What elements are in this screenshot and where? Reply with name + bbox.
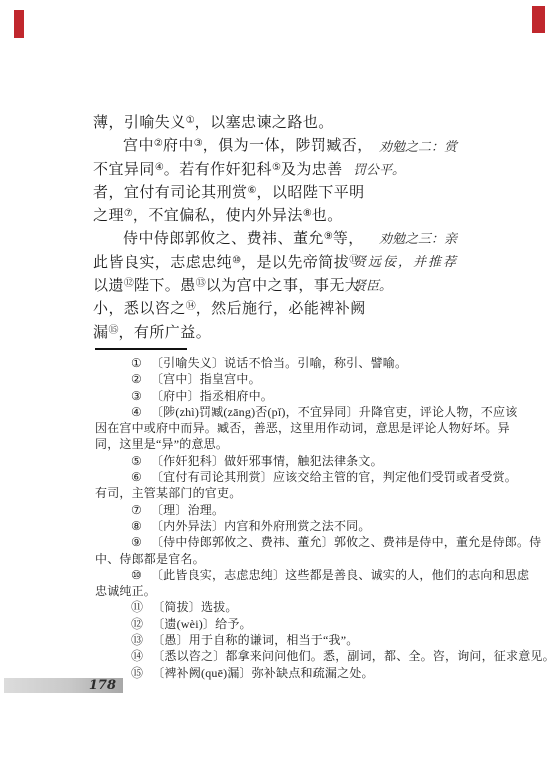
main-text-column: 薄，引喻失义①，以塞忠谏之路也。宫中②府中③，俱为一体，陟罚臧否，不宜异同④。若… [93,112,355,345]
footnote-item: ⑭〔悉以咨之〕都拿来问问他们。悉，副词，都、全。咨，询问，征求意见。 [95,648,497,664]
footnote-number: ⑬ [113,632,143,648]
footnote-line: ⑮〔裨补阙(quē)漏〕弥补缺点和疏漏之处。 [95,665,497,681]
red-corner-mark-right [532,6,545,33]
paragraph: 薄，引喻失义①，以塞忠谏之路也。 [93,112,355,135]
note-ref-marker: ④ [155,162,164,173]
footnote-item: ④〔陟(zhì)罚臧(zāng)否(pǐ)，不宜异同〕升降官吏，评论人物，不应该… [95,404,497,453]
page-number: 178 [89,678,123,693]
footnote-text: 〔裨补阙(quē)漏〕弥补缺点和疏漏之处。 [152,666,374,680]
footnote-line: 因在宫中或府中而异。臧否，善恶，这里用作动词，意思是评论人物好坏。异 [95,420,497,436]
footnote-text: 〔理〕治理。 [151,503,224,517]
note-ref-marker: ⑮ [108,325,118,336]
textbook-page: { "page": { "number": "178", "corner_mar… [0,0,550,778]
footnote-line: ①〔引喻失义〕说话不恰当。引喻，称引、譬喻。 [95,355,497,371]
text-line: 宫中②府中③，俱为一体，陟罚臧否， [93,135,355,158]
footnote-item: ⑪〔简拔〕选拔。 [95,599,497,615]
footnote-text: 〔此皆良实，志虑忠纯〕这些都是善良、诚实的人，他们的志向和思虑 [151,568,529,582]
note-ref-marker: ⑫ [124,278,134,289]
footnote-number: ⑫ [113,616,143,632]
footnote-line: ④〔陟(zhì)罚臧(zāng)否(pǐ)，不宜异同〕升降官吏，评论人物，不应该 [95,404,497,420]
footnote-line: ③〔府中〕指丞相府中。 [95,388,497,404]
footnote-number: ⑥ [113,469,142,485]
footnote-number: ② [113,371,142,387]
footnote-item: ⑫〔遗(wèi)〕给予。 [95,616,497,632]
footnote-number: ① [113,355,142,371]
text-line: 小，悉以咨之⑭，然后施行，必能裨补阙 [93,298,355,321]
note-ref-marker: ⑭ [186,301,196,312]
footnote-item: ⑬〔愚〕用于自称的谦词，相当于“我”。 [95,632,497,648]
paragraph: 宫中②府中③，俱为一体，陟罚臧否，不宜异同④。若有作奸犯科⑤及为忠善者，宜付有司… [93,135,355,228]
footnote-line: 同，这里是“异”的意思。 [95,436,497,452]
footnote-text: 〔作奸犯科〕做奸邪事情，触犯法律条文。 [151,454,383,468]
footnote-line: ⑥〔宜付有司论其刑赏〕应该交给主管的官，判定他们受罚或者受赏。 [95,469,497,485]
footnote-text: 〔宫中〕指皇宫中。 [151,372,261,386]
note-ref-marker: ⑬ [196,278,206,289]
footnote-separator-rule [95,348,187,350]
footnote-line: ②〔宫中〕指皇宫中。 [95,371,497,387]
footnote-text: 〔内外异法〕内宫和外府刑赏之法不同。 [151,519,371,533]
footnote-item: ②〔宫中〕指皇宫中。 [95,371,497,387]
footnote-number: ⑪ [113,599,143,615]
note-ref-marker: ⑦ [124,208,133,219]
red-corner-mark-left [14,10,24,38]
footnote-number: ⑤ [113,453,142,469]
footnote-text: 〔引喻失义〕说话不恰当。引喻，称引、譬喻。 [151,356,407,370]
footnote-text: 〔简拔〕选拔。 [152,600,237,614]
footnote-line: ⑪〔简拔〕选拔。 [95,599,497,615]
margin-note: 劝勉之二：赏罚公平。 [353,136,457,183]
footnote-number: ③ [113,388,142,404]
text-line: 薄，引喻失义①，以塞忠谏之路也。 [93,112,355,135]
text-line: 漏⑮，有所广益。 [93,322,355,345]
text-line: 此皆良实，志虑忠纯⑩，是以先帝简拔⑪ [93,252,355,275]
footnote-line: ⑧〔内外异法〕内宫和外府刑赏之法不同。 [95,518,497,534]
footnote-line: ⑦〔理〕治理。 [95,502,497,518]
footnote-line: ⑨〔侍中侍郎郭攸之、费祎、董允〕郭攸之、费祎是侍中，董允是侍郎。侍 [95,534,497,550]
footnote-line: ⑩〔此皆良实，志虑忠纯〕这些都是善良、诚实的人，他们的志向和思虑 [95,567,497,583]
text-line: 以遗⑫陛下。愚⑬以为宫中之事，事无大 [93,275,355,298]
footnote-item: ⑧〔内外异法〕内宫和外府刑赏之法不同。 [95,518,497,534]
footnote-text: 〔宜付有司论其刑赏〕应该交给主管的官，判定他们受罚或者受赏。 [151,470,517,484]
footnote-item: ③〔府中〕指丞相府中。 [95,388,497,404]
margin-note-line: 劝勉之二：赏 [353,136,457,159]
footnote-text: 〔遗(wèi)〕给予。 [152,617,252,631]
note-ref-marker: ⑩ [232,255,241,266]
footnote-item: ⑩〔此皆良实，志虑忠纯〕这些都是善良、诚实的人，他们的志向和思虑忠诚纯正。 [95,567,497,600]
footnote-text: 〔悉以咨之〕都拿来问问他们。悉，副词，都、全。咨，询问，征求意见。 [152,649,550,663]
footnote-line: ⑤〔作奸犯科〕做奸邪事情，触犯法律条文。 [95,453,497,469]
note-ref-marker: ⑥ [248,185,257,196]
paragraph: 侍中侍郎郭攸之、费祎、董允⑨等，此皆良实，志虑忠纯⑩，是以先帝简拔⑪以遗⑫陛下。… [93,228,355,344]
margin-note-line: 贤远佞，并推荐 [353,251,457,274]
margin-note-line: 劝勉之三：亲 [353,228,457,251]
footnote-line: 中、侍郎都是官名。 [95,551,497,567]
footnote-text: 〔陟(zhì)罚臧(zāng)否(pǐ)，不宜异同〕升降官吏，评论人物，不应该 [151,405,517,419]
note-ref-marker: ⑨ [324,231,333,242]
margin-note: 劝勉之三：亲贤远佞，并推荐贤臣。 [353,228,457,298]
page-number-bar: 178 [4,678,123,693]
footnote-line: ⑫〔遗(wèi)〕给予。 [95,616,497,632]
footnote-number: ⑭ [113,648,143,664]
footnote-text: 〔侍中侍郎郭攸之、费祎、董允〕郭攸之、费祎是侍中，董允是侍郎。侍 [151,535,541,549]
footnote-item: ①〔引喻失义〕说话不恰当。引喻，称引、譬喻。 [95,355,497,371]
note-ref-marker: ③ [194,138,203,149]
footnote-number: ⑧ [113,518,142,534]
margin-note-line: 罚公平。 [353,159,457,182]
note-ref-marker: ② [154,138,163,149]
footnote-item: ⑤〔作奸犯科〕做奸邪事情，触犯法律条文。 [95,453,497,469]
footnote-item: ⑦〔理〕治理。 [95,502,497,518]
footnote-line: 忠诚纯正。 [95,583,497,599]
footnote-number: ④ [113,404,142,420]
footnote-item: ⑥〔宜付有司论其刑赏〕应该交给主管的官，判定他们受罚或者受赏。有司，主管某部门的… [95,469,497,502]
text-line: 不宜异同④。若有作奸犯科⑤及为忠善 [93,159,355,182]
footnotes-section: ①〔引喻失义〕说话不恰当。引喻，称引、譬喻。②〔宫中〕指皇宫中。③〔府中〕指丞相… [95,355,497,681]
footnote-text: 〔愚〕用于自称的谦词，相当于“我”。 [152,633,358,647]
text-line: 侍中侍郎郭攸之、费祎、董允⑨等， [93,228,355,251]
note-ref-marker: ⑤ [272,162,281,173]
footnote-item: ⑨〔侍中侍郎郭攸之、费祎、董允〕郭攸之、费祎是侍中，董允是侍郎。侍中、侍郎都是官… [95,534,497,567]
margin-note-line: 贤臣。 [353,275,457,298]
footnote-number: ⑩ [113,567,142,583]
footnote-text: 〔府中〕指丞相府中。 [151,389,273,403]
footnote-number: ⑨ [113,534,142,550]
footnote-line: 有司，主管某部门的官吏。 [95,485,497,501]
note-ref-marker: ⑧ [303,208,312,219]
footnote-number: ⑦ [113,502,142,518]
footnote-line: ⑬〔愚〕用于自称的谦词，相当于“我”。 [95,632,497,648]
text-line: 者，宜付有司论其刑赏⑥，以昭陛下平明 [93,182,355,205]
note-ref-marker: ① [186,115,195,126]
text-line: 之理⑦，不宜偏私，使内外异法⑧也。 [93,205,355,228]
footnote-item: ⑮〔裨补阙(quē)漏〕弥补缺点和疏漏之处。 [95,665,497,681]
footnote-line: ⑭〔悉以咨之〕都拿来问问他们。悉，副词，都、全。咨，询问，征求意见。 [95,648,497,664]
